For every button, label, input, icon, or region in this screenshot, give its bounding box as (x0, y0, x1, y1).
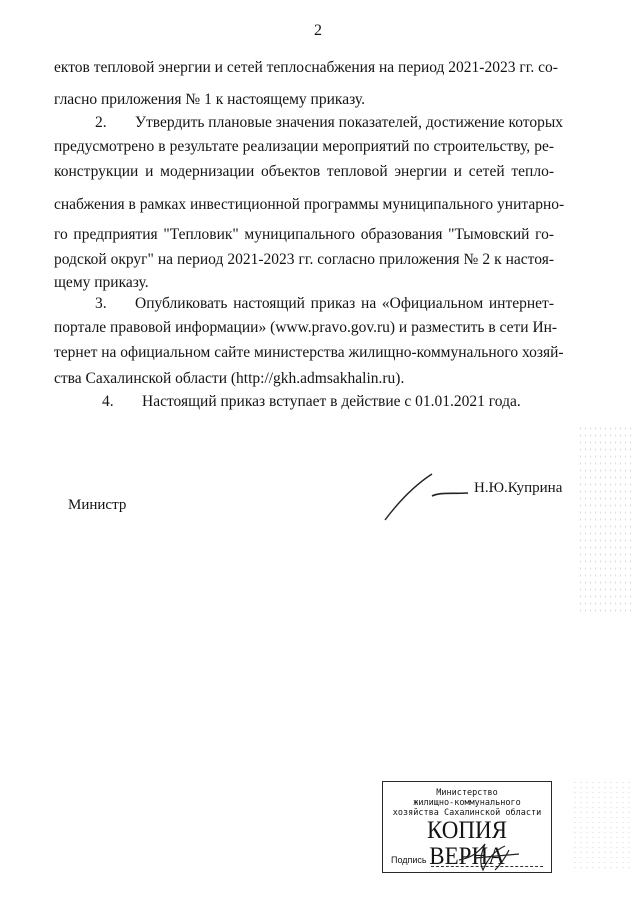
certified-copy-stamp: Министерство жилищно-коммунального хозяй… (382, 781, 552, 873)
text-line: конструкции и модернизации объектов тепл… (54, 162, 554, 182)
stamp-line: Министерство (383, 788, 551, 798)
item-4-line: 4.Настоящий приказ вступает в действие с… (102, 392, 562, 412)
text-line: предусмотрено в результате реализации ме… (54, 137, 554, 157)
handwritten-signature (380, 470, 470, 524)
item-2-first-line: 2.Утвердить плановые значения показателе… (95, 113, 554, 133)
text-line: ектов тепловой энергии и сетей теплоснаб… (54, 58, 554, 78)
stamp-signature-icon (455, 840, 525, 874)
text-line: снабжения в рамках инвестиционной програ… (54, 195, 554, 215)
stamp-signature-label: Подпись (391, 855, 427, 865)
signer-name: Н.Ю.Куприна (474, 480, 562, 497)
text-line: щему приказу. (54, 273, 554, 293)
signer-position: Министр (68, 497, 126, 514)
page-number: 2 (0, 22, 636, 40)
text-line: тернет на официальном сайте министерства… (54, 343, 554, 363)
item-3-first-line: 3.Опубликовать настоящий приказ на «Офиц… (95, 294, 554, 314)
item-number: 4. (102, 392, 142, 412)
text-line: го предприятия "Тепловик" муниципального… (54, 225, 554, 245)
item-number: 2. (95, 113, 135, 133)
text-line: портале правовой информации» (www.pravo.… (54, 318, 554, 338)
item-number: 3. (95, 294, 135, 314)
stamp-line: жилищно-коммунального (383, 798, 551, 808)
text-line: гласно приложения № 1 к настоящему прика… (54, 90, 554, 110)
text-line: ства Сахалинской области (http://gkh.adm… (54, 369, 554, 389)
scan-noise (578, 425, 633, 615)
text-line: родской округ" на период 2021-2023 гг. с… (54, 250, 554, 270)
scan-noise (572, 780, 632, 870)
